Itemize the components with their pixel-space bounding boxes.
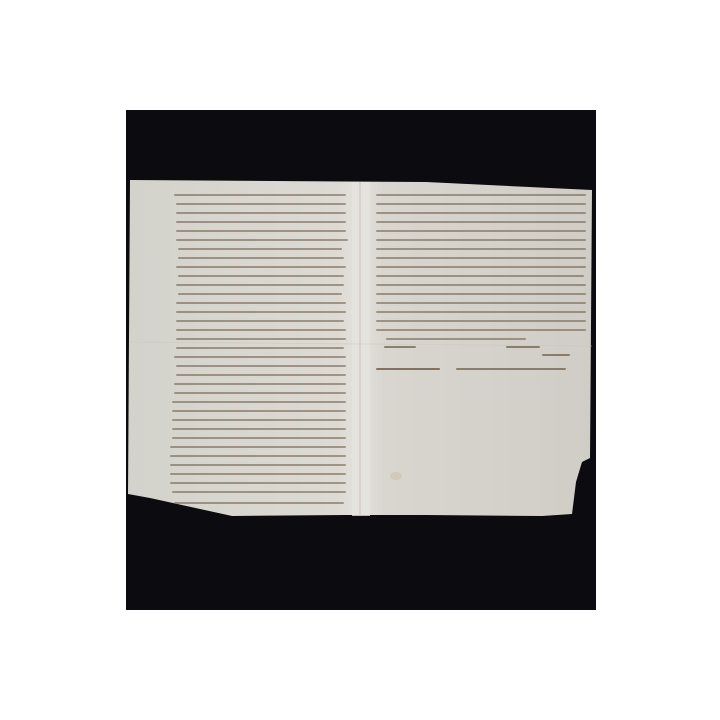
document-photo <box>126 110 596 610</box>
paper-sheet <box>126 110 596 610</box>
